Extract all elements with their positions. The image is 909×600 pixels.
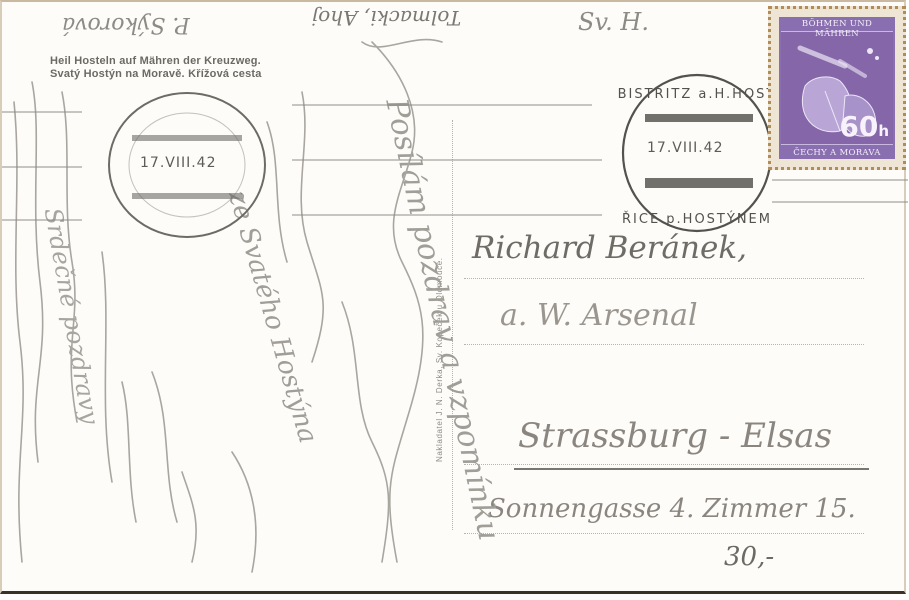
svg-text:ŘICE p.HOSTÝNEM: ŘICE p.HOSTÝNEM	[622, 211, 772, 227]
postmark-right: BISTRITZ a.H.HOST ŘICE p.HOSTÝNEM 17.VII…	[617, 68, 777, 238]
postage-stamp: BÖHMEN UND MÄHREN 60h ČECHY A MORAVA	[768, 6, 906, 170]
postmark-right-date: 17.VIII.42	[647, 140, 724, 156]
postmark-left-date: 17.VIII.42	[140, 155, 217, 171]
stamp-top-text: BÖHMEN UND MÄHREN	[779, 19, 895, 39]
stamp-bottom-text: ČECHY A MORAVA	[779, 148, 895, 158]
background-below-card	[0, 594, 909, 600]
svg-text:BISTRITZ a.H.HOST: BISTRITZ a.H.HOST	[618, 87, 777, 102]
postcard: Heil Hosteln auf Mähren der Kreuzweg. Sv…	[0, 0, 906, 594]
stamp-face: BÖHMEN UND MÄHREN 60h ČECHY A MORAVA	[779, 17, 895, 159]
postmark-left: 17.VIII.42	[102, 85, 272, 245]
stamp-value-unit: h	[878, 122, 889, 140]
stamp-value-number: 60	[839, 110, 878, 143]
stamp-value: 60h	[839, 110, 889, 143]
